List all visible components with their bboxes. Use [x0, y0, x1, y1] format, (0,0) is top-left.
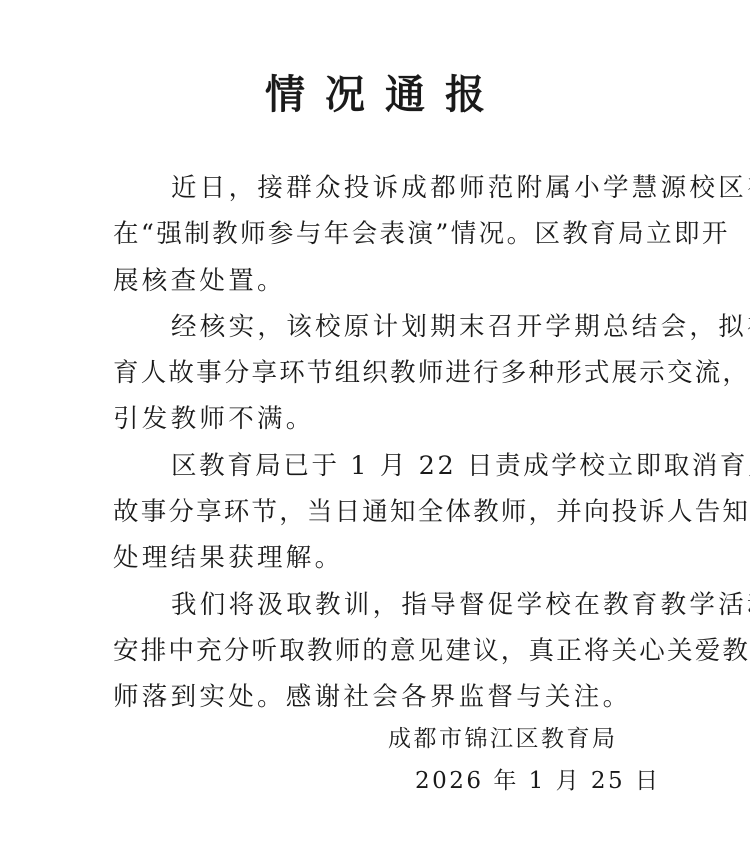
text-line: 区教育局已于 1 月 22 日责成学校立即取消育人 — [113, 443, 643, 489]
text-line: 近日，接群众投诉成都师范附属小学慧源校区存 — [113, 165, 643, 211]
text-line: 故事分享环节，当日通知全体教师，并向投诉人告知 — [113, 489, 643, 535]
text-line: 我们将汲取教训，指导督促学校在教育教学活动 — [113, 582, 643, 628]
text-line: 在“强制教师参与年会表演”情况。区教育局立即开 — [113, 211, 643, 257]
paragraph-2: 经核实，该校原计划期末召开学期总结会，拟在 育人故事分享环节组织教师进行多种形式… — [113, 304, 643, 443]
text-line: 师落到实处。感谢社会各界监督与关注。 — [113, 674, 643, 720]
text-line: 处理结果获理解。 — [113, 535, 643, 581]
text-line: 育人故事分享环节组织教师进行多种形式展示交流， — [113, 350, 643, 396]
paragraph-3: 区教育局已于 1 月 22 日责成学校立即取消育人 故事分享环节，当日通知全体教… — [113, 443, 643, 582]
text-line: 展核查处置。 — [113, 258, 643, 304]
document-body: 近日，接群众投诉成都师范附属小学慧源校区存 在“强制教师参与年会表演”情况。区教… — [113, 165, 643, 721]
text-line: 安排中充分听取教师的意见建议，真正将关心关爱教 — [113, 628, 643, 674]
paragraph-4: 我们将汲取教训，指导督促学校在教育教学活动 安排中充分听取教师的意见建议，真正将… — [113, 582, 643, 721]
signature-organization: 成都市锦江区教育局 — [388, 720, 750, 753]
text-line: 经核实，该校原计划期末召开学期总结会，拟在 — [113, 304, 643, 350]
text-line: 引发教师不满。 — [113, 396, 643, 442]
paragraph-1: 近日，接群众投诉成都师范附属小学慧源校区存 在“强制教师参与年会表演”情况。区教… — [113, 165, 643, 304]
signature-date: 2026 年 1 月 25 日 — [415, 762, 750, 795]
document-title: 情况通报 — [0, 70, 750, 120]
